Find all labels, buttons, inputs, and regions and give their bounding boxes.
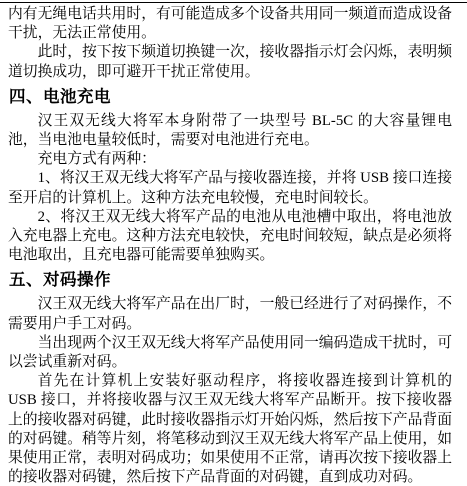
paragraph-pairing-steps: 首先在计算机上安装好驱动程序，将接收器连接到计算机的 USB 接口，并将接收器与… [8,372,452,486]
page-top-rule [0,2,467,3]
paragraph-continuation: 内有无绳电话共用时，有可能造成多个设备共用同一频道而造成设备干扰，无法正常使用。 [8,5,452,43]
paragraph-charging-method-1: 1、将汉王双无线大将军产品与接收器连接，并将 USB 接口连接至开启的计算机上。… [8,169,452,207]
paragraph-charging-methods-lead: 充电方式有两种： [8,150,452,169]
paragraph-charging-method-2: 2、将汉王双无线大将军产品的电池从电池槽中取出，将电池放入充电器上充电。这种方法… [8,208,452,266]
paragraph-battery-intro: 汉王双无线大将军本身附带了一块型号 BL-5C 的大容量锂电池，当电池电量较低时… [8,112,452,150]
paragraph-pairing-when-needed: 当出现两个汉王双无线大将军产品使用同一编码造成干扰时，可以尝试重新对码。 [8,334,452,372]
section-heading-code-pairing: 五、对码操作 [9,269,452,290]
document-content: 内有无绳电话共用时，有可能造成多个设备共用同一频道而造成设备干扰，无法正常使用。… [8,5,452,486]
document-page: 内有无绳电话共用时，有可能造成多个设备共用同一频道而造成设备干扰，无法正常使用。… [0,0,467,486]
section-heading-battery-charging: 四、电池充电 [9,86,452,107]
paragraph-channel-switch: 此时，按下按下频道切换键一次，接收器指示灯会闪烁，表明频道切换成功，即可避开干扰… [8,43,452,81]
paragraph-pairing-factory-default: 汉王双无线大将军产品在出厂时，一般已经进行了对码操作，不需要用户手工对码。 [8,295,452,333]
